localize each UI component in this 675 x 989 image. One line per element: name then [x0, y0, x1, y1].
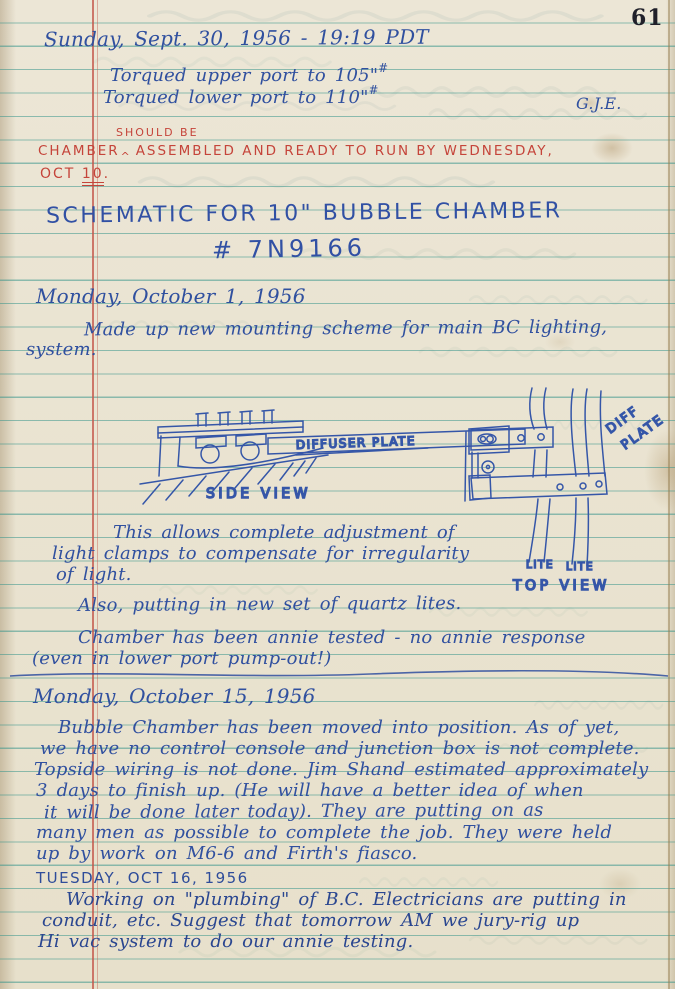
entry-line: of light. [56, 566, 132, 585]
red-insertion-text: SHOULD BE [116, 127, 199, 139]
lite-label-2: LITE [566, 561, 594, 573]
lite-label-1: LITE [526, 559, 554, 571]
red-note-oct: OCT [40, 166, 75, 182]
schematic-title-line1: SCHEMATIC FOR 10" BUBBLE CHAMBER [46, 199, 563, 228]
entry-date-oct15: Monday, October 15, 1956 [33, 686, 316, 707]
pound-superscript: # [369, 83, 379, 97]
entry-line: Topside wiring is not done. Jim Shand es… [34, 761, 648, 780]
entry-line: up by work on M6-6 and Firth's fiasco. [36, 845, 417, 864]
red-note-line2: OCT 10. [40, 167, 110, 182]
entry-line: Working on "plumbing" of B.C. Electricia… [66, 891, 627, 910]
initials: G.J.E. [576, 96, 622, 113]
entry-line: we have no control console and junction … [40, 740, 640, 759]
red-note-chamber: CHAMBER [38, 143, 120, 159]
entry-line: conduit, etc. Suggest that tomorrow AM w… [42, 912, 579, 931]
entry-divider-line [0, 668, 675, 682]
notebook-page: 61 Sunday, Sept. 30, 1956 - 19:19 PDT To… [0, 0, 675, 989]
red-note-period: . [104, 166, 110, 182]
side-view-label: SIDE VIEW [206, 486, 311, 502]
entry-line: Also, putting in new set of quartz lites… [78, 595, 462, 616]
entry-line: it will be done later today). They are p… [44, 802, 544, 824]
entry-line: Bubble Chamber has been moved into posit… [58, 719, 619, 738]
page-number: 61 [631, 7, 664, 30]
torque-note-lower: Torqued lower port to 110"# [103, 86, 379, 108]
lighting-mount-sketch: DIFFUSER PLATE SIDE VIEW [128, 386, 673, 604]
torque-lower-text: Torqued lower port to 110" [103, 87, 369, 108]
torque-note-upper: Torqued upper port to 105"# [110, 64, 388, 86]
top-view-sketch: LITE LITE TOP VIEW DIFF PLATE [465, 388, 667, 594]
entry-line: light clamps to compensate for irregular… [52, 545, 469, 564]
entry-line: Hi vac system to do our annie testing. [38, 933, 413, 952]
entry-line: (even in lower port pump-out!) [32, 650, 332, 669]
entry-line: many men as possible to complete the job… [36, 824, 612, 843]
red-note-day-underlined: 10 [82, 166, 104, 186]
entry-line: system. [26, 341, 97, 360]
entry-line: 3 days to finish up. (He will have a bet… [36, 782, 584, 801]
top-view-label: TOP VIEW [512, 578, 610, 594]
red-note-rest: ASSEMBLED AND READY TO RUN BY WEDNESDAY, [136, 143, 554, 159]
insertion-caret: ^ [121, 150, 132, 163]
entry-date-oct16: TUESDAY, OCT 16, 1956 [36, 871, 249, 887]
entry-line: Made up new mounting scheme for main BC … [84, 319, 607, 341]
entry-date-sep30: Sunday, Sept. 30, 1956 - 19:19 PDT [44, 27, 429, 51]
entry-date-oct1: Monday, October 1, 1956 [36, 286, 306, 307]
pound-superscript: # [378, 61, 388, 75]
schematic-title-line2: # 7N9166 [212, 236, 366, 264]
torque-upper-text: Torqued upper port to 105" [110, 65, 378, 86]
side-view-sketch: DIFFUSER PLATE SIDE VIEW [140, 410, 525, 504]
entry-line: This allows complete adjustment of [113, 524, 455, 543]
red-note-line1: CHAMBER^ASSEMBLED AND READY TO RUN BY WE… [38, 144, 554, 158]
entry-line: Chamber has been annie tested - no annie… [78, 629, 586, 648]
